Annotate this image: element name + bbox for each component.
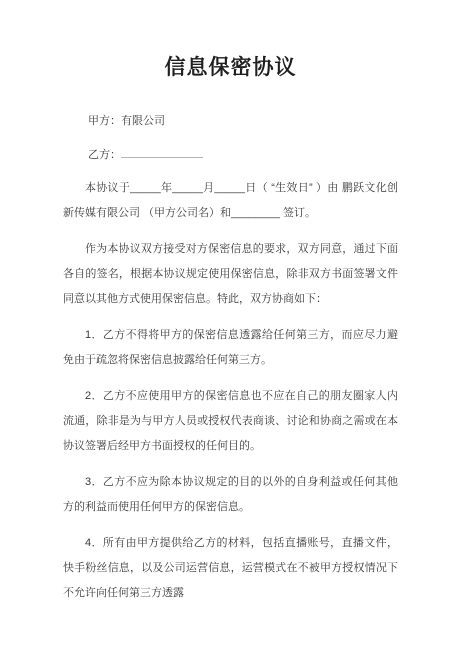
party-a-value: 有限公司 bbox=[121, 115, 165, 127]
party-b-blank-line bbox=[121, 144, 203, 158]
clause-paragraph: 2．乙方不应使用甲方的保密信息也不应在自己的朋友圈家人内流通，除非是为与甲方人员… bbox=[63, 384, 398, 459]
party-b-label: 乙方： bbox=[88, 149, 121, 161]
party-b-line: 乙方： bbox=[63, 143, 398, 168]
party-a-line: 甲方：有限公司 bbox=[63, 109, 398, 134]
preamble-paragraph: 作为本协议双方接受对方保密信息的要求，双方同意，通过下面各自的签名，根据本协议规… bbox=[63, 237, 398, 312]
clause-paragraph: 1．乙方不得将甲方的保密信息透露给任何第三方，而应尽力避免由于疏忽将保密信息披露… bbox=[63, 323, 398, 373]
intro-paragraph: 本协议于_____年_____月_____日（ “生效日” ）由 鹏跃文化创新传… bbox=[63, 176, 398, 226]
document-page: 信息保密协议 甲方：有限公司 乙方： 本协议于_____年_____月_____… bbox=[0, 0, 463, 655]
clause-paragraph: 4．所有由甲方提供给乙方的材料，包括直播账号，直播文件，快手粉丝信息，以及公司运… bbox=[63, 531, 398, 606]
party-a-label: 甲方： bbox=[88, 115, 121, 127]
clause-paragraph: 3．乙方不应为除本协议规定的目的以外的自身利益或任何其他方的利益而使用任何甲方的… bbox=[63, 470, 398, 520]
document-title: 信息保密协议 bbox=[63, 52, 398, 84]
